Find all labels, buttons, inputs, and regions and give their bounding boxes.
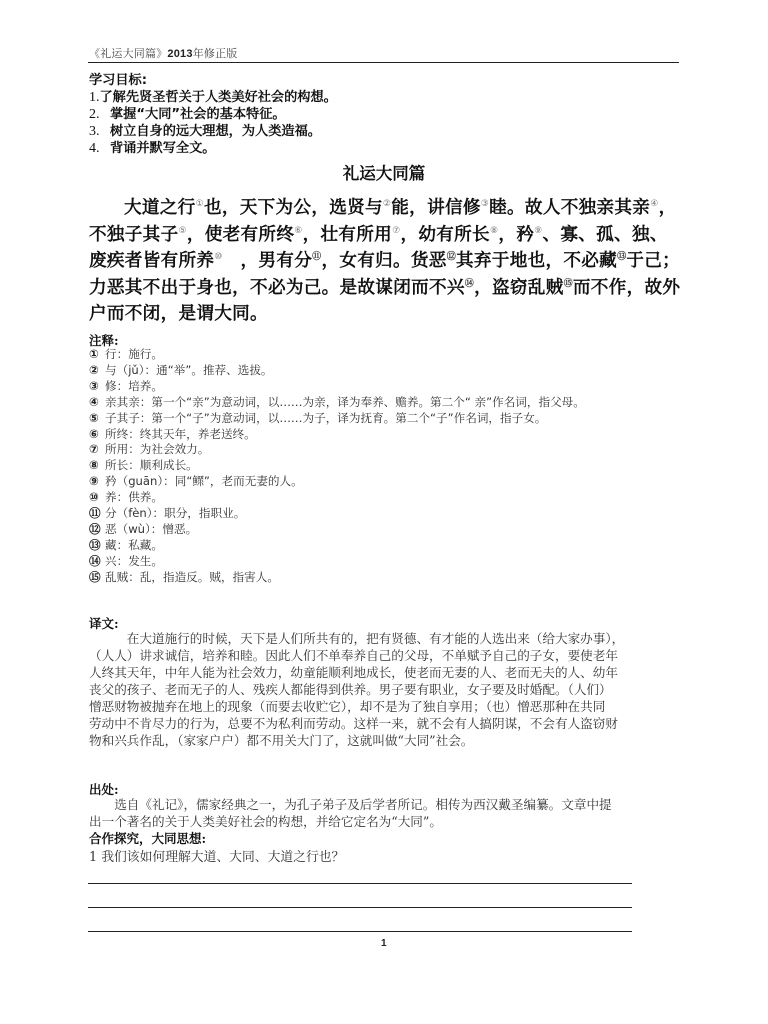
text-segment: ，幼有所长 — [400, 225, 489, 245]
note-text: 所终：终其天年，养老送终。 — [105, 427, 256, 441]
goal-text: 背诵并默写全文。 — [110, 141, 216, 156]
learning-goals: 学习目标: 1.了解先贤圣哲关于人类美好社会的构想。 2.掌握“大同”社会的基本… — [89, 72, 337, 157]
note-item: ⑫恶（wù）：憎恶。 — [89, 522, 585, 538]
text-segment: ，使老有所终 — [187, 225, 294, 245]
text-segment: ， — [659, 198, 677, 218]
page-title: 礼运大同篇 — [0, 160, 768, 184]
translation-line: 劳动中不肯尽力的行为，总要不为私利而劳动。这样一来，就不会有人搞阴谋，不会有人盗… — [89, 715, 679, 732]
note-text: 亲其亲：第一个“亲”为意动词，以……为亲，译为奉养、赡养。第二个“ 亲”作名词，… — [105, 395, 585, 409]
note-text: 分（fèn）：职分，指职业。 — [105, 506, 245, 520]
note-item: ⑮乱贼：乱，指造反。贼，指害人。 — [89, 570, 585, 586]
text-segment: ，矜 — [498, 225, 534, 245]
note-item: ⑥所终：终其天年，养老送终。 — [89, 427, 585, 443]
footnote-ref[interactable]: ⑤ — [178, 226, 186, 236]
note-marker: ⑮ — [89, 570, 105, 586]
source-line: 出一个著名的关于人类美好社会的构想，并给它定名为“大同”。 — [89, 813, 679, 830]
text-segment: 户而不闭，是谓大同。 — [89, 304, 268, 324]
header-year: 2013 — [167, 48, 192, 60]
page-number: 1 — [381, 938, 387, 949]
text-segment: 睦。故人不独亲其亲 — [489, 198, 650, 218]
answer-line[interactable] — [88, 907, 632, 908]
footnote-ref[interactable]: ⑩ — [214, 252, 222, 262]
text-segment: ，男有分 — [223, 251, 312, 271]
note-text: 所长：顺利成长。 — [105, 458, 198, 472]
classical-line: 户而不闭，是谓大同。 — [89, 301, 679, 328]
source-paragraph: 选自《礼记》，儒家经典之一，为孔子弟子及后学者所记。相传为西汉戴圣编纂。文章中提… — [89, 796, 679, 830]
note-item: ⑧所长：顺利成长。 — [89, 458, 585, 474]
note-text: 矜（guān）：同“鳏”，老而无妻的人。 — [105, 474, 303, 488]
note-text: 乱贼：乱，指造反。贼，指害人。 — [105, 570, 279, 584]
note-marker: ④ — [89, 395, 105, 411]
classical-line: 力恶其不出于身也，不必为己。是故谋闭而不兴⑭，盗窃乱贼⑮而不作，故外 — [89, 275, 679, 302]
translation-line: 在大道施行的时候，天下是人们所共有的，把有贤德、有才能的人选出来（给大家办事）， — [89, 630, 679, 647]
goal-text: 掌握“大同”社会的基本特征。 — [110, 107, 286, 122]
footnote-ref[interactable]: ④ — [650, 199, 658, 209]
note-marker: ⑫ — [89, 522, 105, 538]
header-edition: 年修正版 — [193, 47, 238, 60]
header-rule — [88, 62, 679, 63]
answer-line[interactable] — [88, 931, 632, 932]
footnote-ref[interactable]: ⑬ — [617, 252, 626, 262]
header-doc-title: 《礼运大同篇》 — [89, 47, 167, 60]
goal-item: 2.掌握“大同”社会的基本特征。 — [89, 106, 337, 123]
note-text: 兴：发生。 — [105, 554, 163, 568]
note-marker: ⑬ — [89, 538, 105, 554]
text-segment: ，壮有所用 — [303, 225, 392, 245]
classical-line: 废疾者皆有所养⑩ ，男有分⑪，女有归。货恶⑫其弃于地也，不必藏⑬于己； — [89, 248, 679, 275]
classical-line: 大道之行①也，天下为公，选贤与②能，讲信修③睦。故人不独亲其亲④， — [89, 195, 679, 222]
note-text: 养：供养。 — [105, 490, 163, 504]
translation-line: （人人）讲求诚信，培养和睦。因此人们不单奉养自己的父母，不单赋予自己的子女，要使… — [89, 647, 679, 664]
classical-text: 大道之行①也，天下为公，选贤与②能，讲信修③睦。故人不独亲其亲④， 不独子其子⑤… — [89, 195, 679, 328]
note-marker: ⑧ — [89, 458, 105, 474]
note-marker: ⑪ — [89, 506, 105, 522]
text-segment: 不独子其子 — [89, 225, 178, 245]
classical-line: 不独子其子⑤，使老有所终⑥，壮有所用⑦，幼有所长⑧，矜⑨、寡、孤、独、 — [89, 222, 679, 249]
note-marker: ⑨ — [89, 474, 105, 490]
answer-line[interactable] — [88, 883, 632, 884]
translation-line: 憎恶财物被抛弃在地上的现象（而要去收贮它），却不是为了独自享用；（也）憎恶那种在… — [89, 698, 679, 715]
question-1: 1 我们该如何理解大道、大同、大道之行也？ — [89, 846, 344, 865]
goals-heading: 学习目标: — [89, 72, 337, 89]
goal-number: 2. — [89, 106, 110, 123]
text-segment: 、寡、孤、独、 — [543, 225, 668, 245]
footnote-ref[interactable]: ⑨ — [534, 226, 542, 236]
note-text: 修：培养。 — [105, 379, 163, 393]
text-segment: 力恶其不出于身也，不必为己。是故谋闭而不兴 — [89, 278, 465, 298]
note-marker: ② — [89, 363, 105, 379]
goal-number: 3. — [89, 123, 110, 140]
footnote-ref[interactable]: ⑥ — [294, 226, 302, 236]
text-segment: 能，讲信修 — [391, 198, 480, 218]
goal-number: 4. — [89, 140, 110, 157]
note-marker: ① — [89, 347, 105, 363]
note-item: ④亲其亲：第一个“亲”为意动词，以……为亲，译为奉养、赡养。第二个“ 亲”作名词… — [89, 395, 585, 411]
note-item: ⑭兴：发生。 — [89, 554, 585, 570]
note-marker: ③ — [89, 379, 105, 395]
note-item: ⑪分（fèn）：职分，指职业。 — [89, 506, 585, 522]
note-marker: ⑤ — [89, 411, 105, 427]
text-segment: 大道之行 — [124, 198, 196, 218]
translation-line: 丧父的孩子、老而无子的人、残疾人都能得到供养。男子要有职业，女子要及时婚配。（人… — [89, 681, 679, 698]
note-item: ⑤子其子：第一个“子”为意动词，以……为子，译为抚育。第二个“子”作名词，指子女… — [89, 411, 585, 427]
translation-line: 物和兴兵作乱，（家家户户）都不用关大门了，这就叫做“大同”社会。 — [89, 732, 679, 749]
note-text: 与（jǔ）：通“举”。推荐、选拔。 — [105, 363, 273, 377]
note-item: ⑩养：供养。 — [89, 490, 585, 506]
translation-paragraph: 在大道施行的时候，天下是人们所共有的，把有贤德、有才能的人选出来（给大家办事），… — [89, 630, 679, 749]
note-marker: ⑦ — [89, 442, 105, 458]
running-header: 《礼运大同篇》2013年修正版 — [89, 45, 238, 61]
note-marker: ⑭ — [89, 554, 105, 570]
text-segment: 也，天下为公，选贤与 — [204, 198, 383, 218]
note-text: 所用：为社会效力。 — [105, 442, 209, 456]
goal-number: 1. — [89, 89, 100, 106]
translation-line: 人终其天年，中年人能为社会效力，幼童能顺利地成长，使老而无妻的人、老而无夫的人、… — [89, 664, 679, 681]
footnote-ref[interactable]: ① — [196, 199, 204, 209]
goal-item: 4.背诵并默写全文。 — [89, 140, 337, 157]
note-item: ②与（jǔ）：通“举”。推荐、选拔。 — [89, 363, 585, 379]
note-item: ⑨矜（guān）：同“鳏”，老而无妻的人。 — [89, 474, 585, 490]
note-text: 子其子：第一个“子”为意动词，以……为子，译为抚育。第二个“子”作名词，指子女。 — [105, 411, 546, 425]
source-line: 选自《礼记》，儒家经典之一，为孔子弟子及后学者所记。相传为西汉戴圣编纂。文章中提 — [89, 796, 679, 813]
text-segment: 于己； — [626, 251, 680, 271]
goal-text: 树立自身的远大理想，为人类造福。 — [110, 124, 321, 139]
note-item: ⑬藏：私藏。 — [89, 538, 585, 554]
footnote-ref[interactable]: ③ — [481, 199, 489, 209]
text-segment: ，女有归。货恶 — [321, 251, 446, 271]
note-text: 行：施行。 — [105, 347, 163, 361]
note-text: 恶（wù）：憎恶。 — [105, 522, 197, 536]
text-segment: 其弃于地也，不必藏 — [456, 251, 617, 271]
inquiry-heading: 合作探究，大同思想: — [89, 829, 206, 847]
goal-text: 了解先贤圣哲关于人类美好社会的构想。 — [100, 90, 337, 105]
footnote-ref[interactable]: ⑮ — [564, 279, 573, 289]
goal-item: 3.树立自身的远大理想，为人类造福。 — [89, 123, 337, 140]
note-item: ⑦所用：为社会效力。 — [89, 442, 585, 458]
note-marker: ⑩ — [89, 490, 105, 506]
footnote-ref[interactable]: ⑭ — [465, 279, 474, 289]
note-item: ③修：培养。 — [89, 379, 585, 395]
goal-item: 1.了解先贤圣哲关于人类美好社会的构想。 — [89, 89, 337, 106]
notes-list: ①行：施行。 ②与（jǔ）：通“举”。推荐、选拔。 ③修：培养。 ④亲其亲：第一… — [89, 347, 585, 586]
text-segment: 而不作，故外 — [573, 278, 680, 298]
note-text: 藏：私藏。 — [105, 538, 163, 552]
footnote-ref[interactable]: ⑫ — [447, 252, 456, 262]
text-segment: 废疾者皆有所养 — [89, 251, 214, 271]
document-page: 《礼运大同篇》2013年修正版 学习目标: 1.了解先贤圣哲关于人类美好社会的构… — [0, 0, 768, 1024]
note-item: ①行：施行。 — [89, 347, 585, 363]
note-marker: ⑥ — [89, 427, 105, 443]
text-segment: ，盗窃乱贼 — [474, 278, 563, 298]
